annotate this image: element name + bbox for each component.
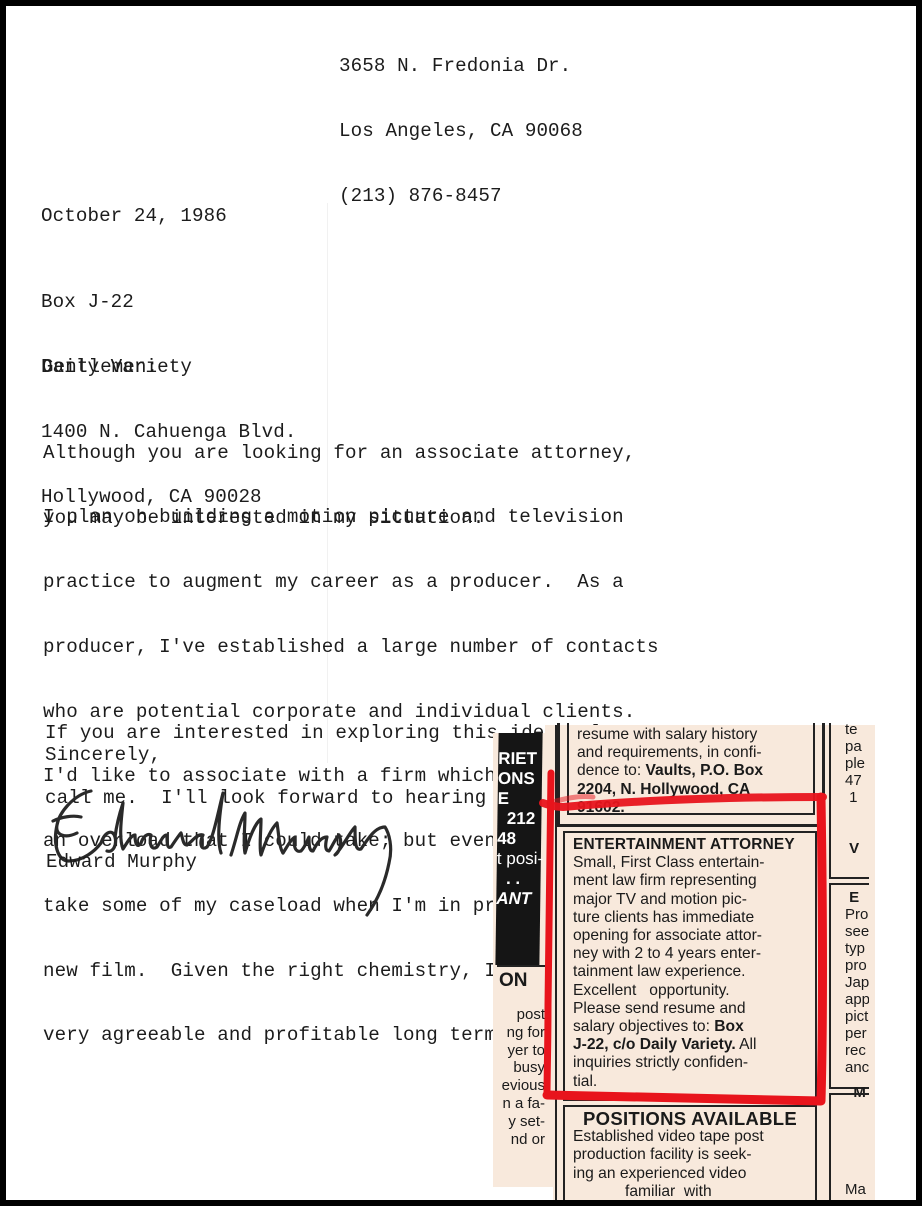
ad-line: ney with 2 to 4 years enter- <box>573 945 807 963</box>
column-rule <box>497 965 549 967</box>
ad-line: 2204, N. Hollywood, CA <box>577 781 805 799</box>
ad-line: ment law firm representing <box>573 872 807 890</box>
ad-line: Please send resume and <box>573 1000 807 1018</box>
left-column-ad: ON post ng for yer to busy evious n a fa… <box>499 970 545 1148</box>
ad-line: major TV and motion pic- <box>573 891 807 909</box>
left-column-heading: ON <box>499 970 545 992</box>
paragraph-line: practice to augment my career as a produ… <box>43 572 659 594</box>
dark-banner-column: RIET ONS E 212 48 t posi- . . ANT <box>495 733 542 965</box>
right-ad-2: E Pro see typ pro Jap app pict per rec a… <box>829 883 869 1089</box>
recipient-box: Box J-22 <box>41 292 297 314</box>
ad-line: per <box>845 1025 869 1042</box>
left-column-line: yer to <box>499 1042 545 1060</box>
left-column-line: post <box>499 1006 545 1024</box>
ad-line: pa <box>845 738 869 755</box>
ad-line: 91602. <box>577 799 805 817</box>
ad-line: see <box>845 923 869 940</box>
right-column-ads: te pa ple 47 1 V E Pro see typ pro Jap a… <box>825 723 869 1203</box>
ad-line: Excellent opportunity. <box>573 982 807 1000</box>
ad-line: J-22, c/o Daily Variety. All <box>573 1036 807 1054</box>
banner-text: . . <box>496 869 540 889</box>
ad-line: production facility is seek- <box>573 1146 807 1164</box>
ad-bold-text: J-22, c/o Daily Variety. <box>573 1036 736 1053</box>
ad-line: ple <box>845 755 869 772</box>
newspaper-clipping: RIET ONS E 212 48 t posi- . . ANT ON pos… <box>493 725 919 1203</box>
ad-line: tial. <box>573 1073 807 1091</box>
ad-bold-text: Vaults, P.O. Box <box>646 762 764 779</box>
sender-address: 3658 N. Fredonia Dr. Los Angeles, CA 900… <box>339 13 583 251</box>
paragraph-line: Although you are looking for an associat… <box>43 443 635 465</box>
ad-line: resume with salary history <box>577 726 805 744</box>
banner-text: 212 <box>497 809 541 829</box>
left-column-line: n a fa- <box>499 1095 545 1113</box>
closing: Sincerely, <box>45 745 161 767</box>
left-column-line: busy <box>499 1059 545 1077</box>
ad-text: All <box>736 1036 757 1053</box>
ad-line: pict <box>845 1008 869 1025</box>
ad-line: V <box>845 840 869 857</box>
ad-line: Jap <box>845 974 869 991</box>
ad-line: E <box>845 889 869 906</box>
ad-line: 47 <box>845 772 869 789</box>
paragraph-line: I plan on building a motion picture and … <box>43 507 659 529</box>
positions-available-ad: POSITIONS AVAILABLE Established video ta… <box>563 1105 817 1203</box>
ad-text: salary objectives to: <box>573 1018 714 1035</box>
scanned-letter-page: 3658 N. Fredonia Dr. Los Angeles, CA 900… <box>3 3 919 1203</box>
ad-line: app <box>845 991 869 1008</box>
right-ad-3: Ma <box>829 1093 869 1203</box>
ad-line: and requirements, in confi- <box>577 744 805 762</box>
banner-text: t posi- <box>497 849 541 869</box>
ad-line: familiar with <box>573 1183 807 1201</box>
ad-line: Ma <box>845 1181 869 1198</box>
ad-line: ing an experienced video <box>573 1165 807 1183</box>
right-ad-1: te pa ple 47 1 V <box>829 723 869 879</box>
entertainment-attorney-ad: ENTERTAINMENT ATTORNEY Small, First Clas… <box>563 831 817 1101</box>
left-column-line: nd or <box>499 1131 545 1149</box>
ad-line: 1 <box>845 789 869 806</box>
ad-line: tainment law experience. <box>573 963 807 981</box>
ad-title: ENTERTAINMENT ATTORNEY <box>573 836 807 854</box>
ad-line: pro <box>845 957 869 974</box>
banner-text: ONS <box>498 769 542 789</box>
ad-line: inquiries strictly confiden- <box>573 1054 807 1072</box>
ad-text: dence to: <box>577 762 646 779</box>
banner-text: E <box>498 789 542 809</box>
left-column-line: y set- <box>499 1113 545 1131</box>
sender-city: Los Angeles, CA 90068 <box>339 121 583 143</box>
banner-text: RIET <box>498 749 542 769</box>
ad-line: anc <box>845 1059 869 1076</box>
salutation: Gentlemen: <box>42 357 158 379</box>
ad-line: Small, First Class entertain- <box>573 854 807 872</box>
ad-line: typ <box>845 940 869 957</box>
ad-line: opening for associate attor- <box>573 927 807 945</box>
left-column-line: ng for <box>499 1024 545 1042</box>
handwritten-signature: Edward Murphy <box>43 773 423 923</box>
torn-edge <box>493 1187 553 1203</box>
ad-line: te <box>845 723 869 738</box>
banner-text: 48 <box>497 829 541 849</box>
ad-line: rec <box>845 1042 869 1059</box>
top-ad: resume with salary history and requireme… <box>567 723 815 815</box>
ad-line: ture clients has immediate <box>573 909 807 927</box>
ad-line: salary objectives to: Box <box>573 1018 807 1036</box>
banner-text: ANT <box>496 889 540 909</box>
left-column-line: evious <box>499 1077 545 1095</box>
ad-line: Established video tape post <box>573 1128 807 1146</box>
typed-signature-name: Edward Murphy <box>46 852 197 874</box>
paragraph-line: producer, I've established a large numbe… <box>43 637 659 659</box>
ad-line: dence to: Vaults, P.O. Box <box>577 762 805 780</box>
ad-title: POSITIONS AVAILABLE <box>573 1110 807 1128</box>
ad-bold-text: Box <box>714 1018 743 1035</box>
ad-line: Pro <box>845 906 869 923</box>
letter-date: October 24, 1986 <box>41 206 227 228</box>
sender-street: 3658 N. Fredonia Dr. <box>339 56 583 78</box>
sender-phone: (213) 876-8457 <box>339 186 583 208</box>
